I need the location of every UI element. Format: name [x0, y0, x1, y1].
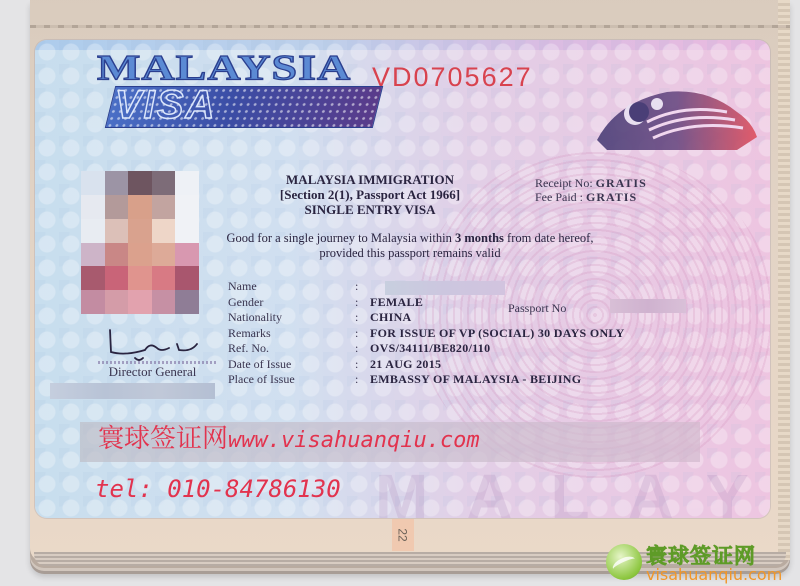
overlay-site-line: 寰球签证网www.visahuanqiu.com [98, 418, 480, 455]
field-label: Ref. No. [228, 341, 338, 357]
validity-statement: Good for a single journey to Malaysia wi… [225, 231, 595, 261]
passport-no-label: Passport No [508, 301, 566, 316]
passport-page-edge [778, 0, 790, 560]
director-signature [105, 322, 205, 362]
validity-duration: 3 months [455, 231, 504, 245]
globe-arrow-icon [606, 544, 642, 580]
brand-title: MALAYSIA [97, 50, 351, 86]
field-label: Gender [228, 295, 338, 311]
visa-type: SINGLE ENTRY VISA [230, 202, 510, 217]
field-colon: : [355, 372, 358, 388]
visa-number: VD0705627 [372, 62, 533, 93]
field-label: Name [228, 279, 338, 295]
field-value: OVS/34111/BE820/110 [370, 341, 490, 357]
logo-url: visahuanqiu.com [646, 565, 782, 584]
overlay-site-name: 寰球签证网 [98, 424, 228, 454]
issuer-line-2: [Section 2(1), Passport Act 1966] [230, 187, 510, 202]
issuer-line-1: MALAYSIA IMMIGRATION [230, 172, 510, 187]
director-title: Director General [85, 364, 220, 380]
redacted-name [385, 281, 505, 295]
background-watermark-text: MALAYSIA [375, 460, 770, 518]
holder-photo-pixelated [81, 171, 199, 314]
field-label: Place of Issue [228, 372, 338, 388]
field-colon: : [355, 310, 358, 326]
redacted-passport-number [610, 299, 686, 313]
field-value: FOR ISSUE OF VP (SOCIAL) 30 DAYS ONLY [370, 326, 625, 342]
site-logo[interactable]: 寰球签证网 visahuanqiu.com [606, 540, 800, 586]
field-colon: : [355, 295, 358, 311]
field-label: Date of Issue [228, 357, 338, 373]
fee-label: Fee Paid : [535, 190, 583, 204]
page-number: 22 [396, 528, 410, 541]
page-number-tab: 22 [392, 519, 414, 551]
validity-text-1: Good for a single journey to Malaysia wi… [227, 231, 455, 245]
field-colon: : [355, 357, 358, 373]
redacted-signer-name [50, 383, 215, 399]
malaysia-flag-emblem-icon [587, 82, 765, 152]
issuer-heading: MALAYSIA IMMIGRATION [Section 2(1), Pass… [230, 172, 510, 217]
field-value: FEMALE [370, 295, 423, 311]
field-value: 21 AUG 2015 [370, 357, 441, 373]
field-colon: : [355, 326, 358, 342]
receipt-block: Receipt No: GRATIS Fee Paid : GRATIS [535, 176, 647, 204]
receipt-label: Receipt No: [535, 176, 593, 190]
page-top-seam [30, 25, 790, 28]
field-value: CHINA [370, 310, 412, 326]
field-label: Remarks [228, 326, 338, 342]
overlay-site-url[interactable]: www.visahuanqiu.com [228, 428, 480, 453]
field-colon: : [355, 279, 358, 295]
field-colon: : [355, 341, 358, 357]
receipt-value: GRATIS [596, 176, 647, 190]
fee-value: GRATIS [586, 190, 637, 204]
field-value: EMBASSY OF MALAYSIA - BEIJING [370, 372, 581, 388]
overlay-phone: tel: 010-84786130 [95, 475, 341, 503]
field-label: Nationality [228, 310, 338, 326]
brand-subtitle: VISA [115, 84, 216, 126]
